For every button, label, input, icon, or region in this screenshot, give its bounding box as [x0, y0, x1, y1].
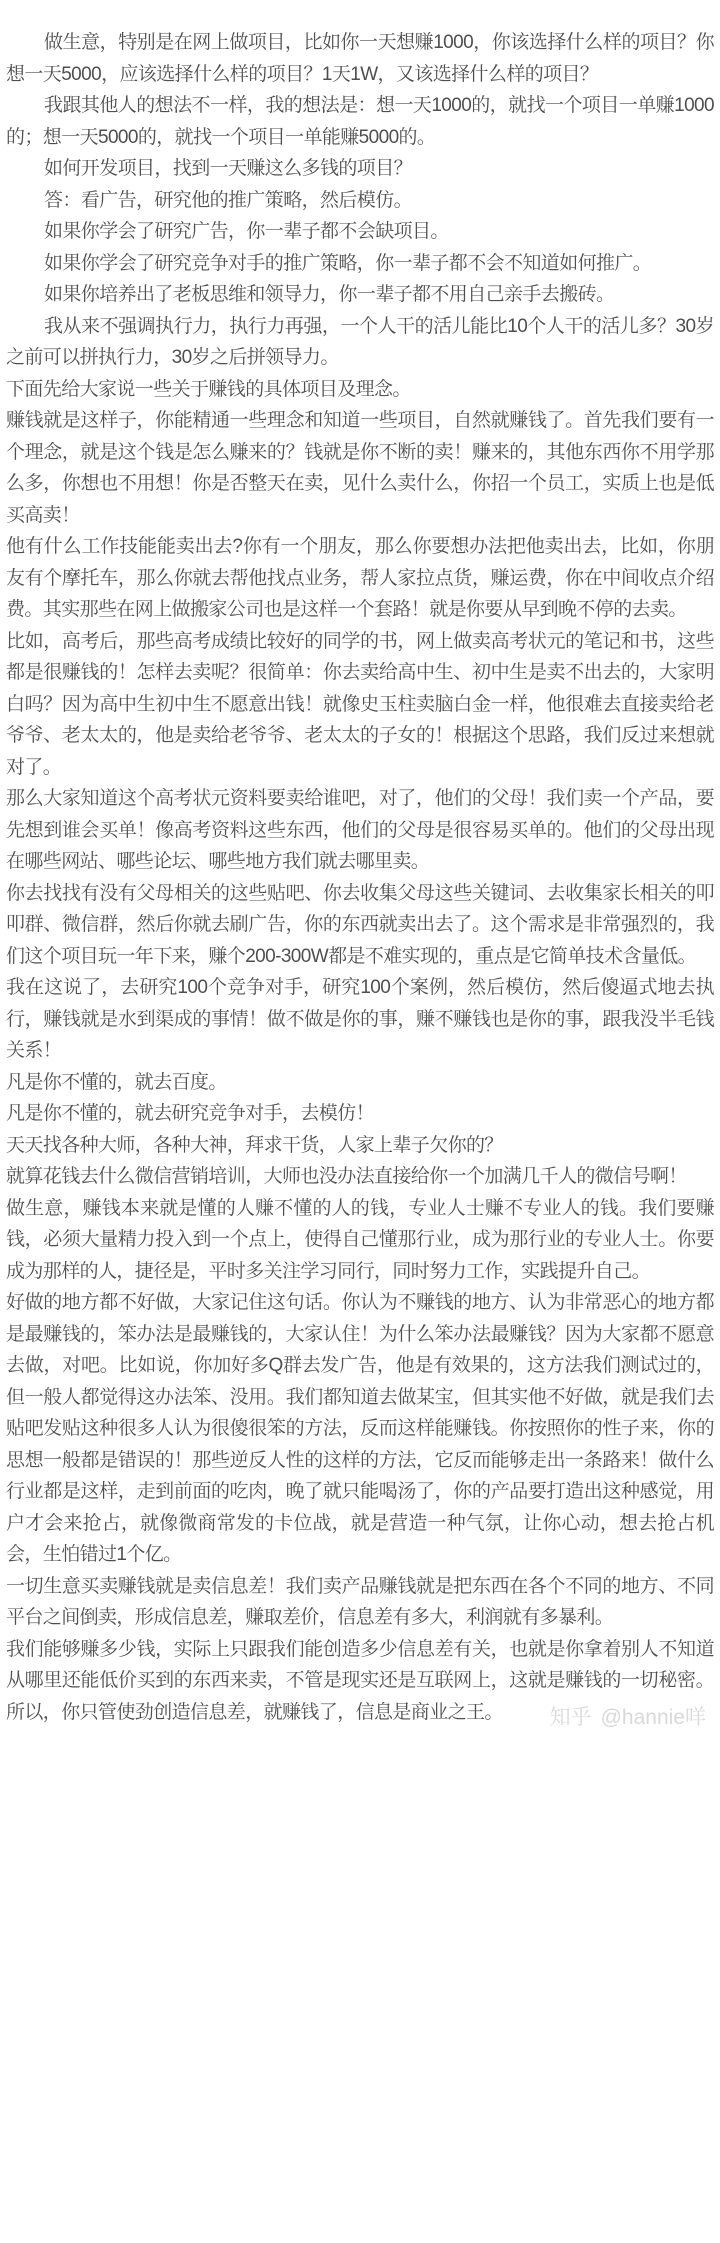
paragraph-block: 我在这说了，去研究100个竞争对手，研究100个案例，然后模仿，然后傻逼式地去执… — [6, 972, 714, 1067]
paragraph: 下面先给大家说一些关于赚钱的具体项目及理念。 — [6, 374, 714, 406]
paragraph: 答：看广告，研究他的推广策略，然后模仿。 — [6, 185, 714, 217]
paragraph: 天天找各种大师，各种大神，拜求干货，人家上辈子欠你的？ — [6, 1130, 714, 1162]
watermark-author-label: @hannie咩 — [601, 1706, 706, 1729]
paragraph: 比如，高考后，那些高考成绩比较好的同学的书，网上做卖高考状元的笔记和书，这些都是… — [6, 626, 714, 784]
paragraph: 如果你学会了研究竞争对手的推广策略，你一辈子都不会不知道如何推广。 — [6, 248, 714, 280]
paragraph: 他有什么工作技能能卖出去?你有一个朋友，那么你要想办法把他卖出去，比如，你朋友有… — [6, 531, 714, 626]
paragraph: 我跟其他人的想法不一样，我的想法是：想一天1000的，就找一个项目一单赚1000… — [6, 90, 714, 153]
article-page: { "page": { "background_color": "#ffffff… — [0, 0, 720, 2243]
paragraph: 如果你学会了研究广告，你一辈子都不会缺项目。 — [6, 216, 714, 248]
paragraph-block: 做生意，赚钱本来就是懂的人赚不懂的人的钱，专业人士赚不专业人的钱。我们要赚钱，必… — [6, 1193, 714, 1288]
paragraph: 我在这说了，去研究100个竞争对手，研究100个案例，然后模仿，然后傻逼式地去执… — [6, 972, 714, 1067]
watermark-platform-label: 知乎 — [550, 1706, 592, 1729]
paragraph: 凡是你不懂的，就去百度。 — [6, 1067, 714, 1099]
paragraph: 我从来不强调执行力，执行力再强，一个人干的活儿能比10个人干的活儿多？30岁之前… — [6, 311, 714, 374]
paragraph-block: 下面先给大家说一些关于赚钱的具体项目及理念。 赚钱就是这样子，你能精通一些理念和… — [6, 374, 714, 626]
paragraph: 好做的地方都不好做，大家记住这句话。你认为不赚钱的地方、认为非常恶心的地方都是最… — [6, 1287, 714, 1571]
paragraph: 做生意，特别是在网上做项目，比如你一天想赚1000，你该选择什么样的项目？你想一… — [6, 27, 714, 90]
paragraph: 如果你培养出了老板思维和领导力，你一辈子都不用自己亲手去搬砖。 — [6, 279, 714, 311]
paragraph: 赚钱就是这样子，你能精通一些理念和知道一些项目，自然就赚钱了。首先我们要有一个理… — [6, 405, 714, 531]
paragraph: 就算花钱去什么微信营销培训，大师也没办法直接给你一个加满几千人的微信号啊！ — [6, 1161, 714, 1193]
paragraph-block: 一切生意买卖赚钱就是卖信息差！我们卖产品赚钱就是把东西在各个不同的地方、不同平台… — [6, 1571, 714, 1634]
paragraph-block: 好做的地方都不好做，大家记住这句话。你认为不赚钱的地方、认为非常恶心的地方都是最… — [6, 1287, 714, 1571]
paragraph: 做生意，赚钱本来就是懂的人赚不懂的人的钱，专业人士赚不专业人的钱。我们要赚钱，必… — [6, 1193, 714, 1288]
paragraph-block: 比如，高考后，那些高考成绩比较好的同学的书，网上做卖高考状元的笔记和书，这些都是… — [6, 626, 714, 973]
paragraph-block: 做生意，特别是在网上做项目，比如你一天想赚1000，你该选择什么样的项目？你想一… — [6, 27, 714, 374]
article-body: 做生意，特别是在网上做项目，比如你一天想赚1000，你该选择什么样的项目？你想一… — [0, 0, 720, 1733]
paragraph: 凡是你不懂的，就去研究竞争对手，去模仿！ — [6, 1098, 714, 1130]
paragraph: 那么大家知道这个高考状元资料要卖给谁吧，对了，他们的父母！我们卖一个产品，要先想… — [6, 783, 714, 878]
paragraph: 你去找找有没有父母相关的这些贴吧、你去收集父母这些关键词、去收集家长相关的叩叩群… — [6, 878, 714, 973]
paragraph: 如何开发项目，找到一天赚这么多钱的项目？ — [6, 153, 714, 185]
paragraph: 一切生意买卖赚钱就是卖信息差！我们卖产品赚钱就是把东西在各个不同的地方、不同平台… — [6, 1571, 714, 1634]
paragraph-block: 凡是你不懂的，就去百度。 凡是你不懂的，就去研究竞争对手，去模仿！ 天天找各种大… — [6, 1067, 714, 1193]
